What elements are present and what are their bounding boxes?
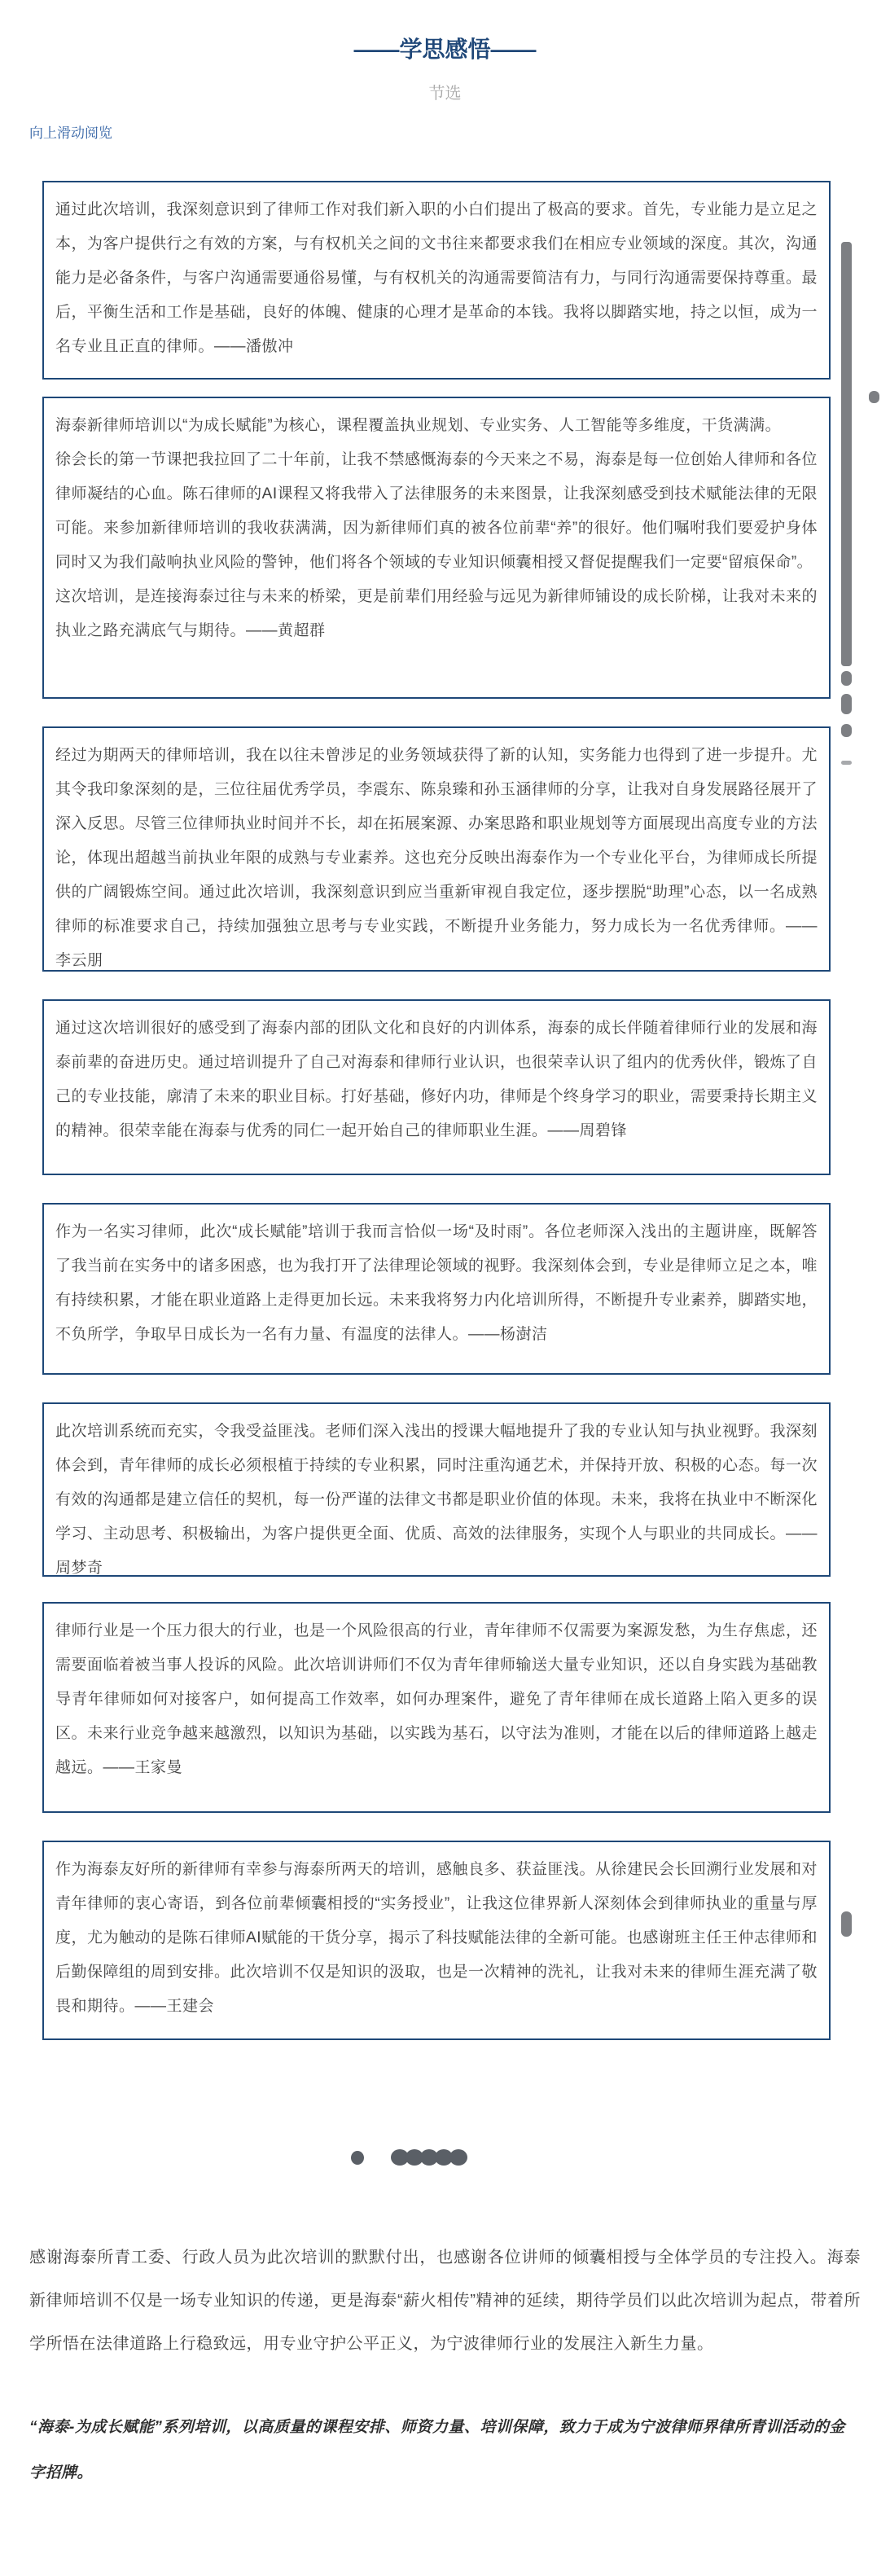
testimonial-paragraph: 海泰新律师培训以“为成长赋能”为核心，课程覆盖执业规划、专业实务、人工智能等多维… <box>55 417 781 434</box>
testimonial-paragraph: 通过这次培训很好的感受到了海泰内部的团队文化和良好的内训体系，海泰的成长伴随着律… <box>55 1020 818 1139</box>
scroll-hint-label: 向上滑动阅览 <box>29 124 890 143</box>
testimonial-box-6[interactable]: 此次培训系统而充实，令我受益匪浅。老师们深入浅出的授课大幅地提升了我的专业认知与… <box>42 1402 831 1577</box>
testimonial-box-4[interactable]: 通过这次培训很好的感受到了海泰内部的团队文化和良好的内训体系，海泰的成长伴随着律… <box>42 999 831 1175</box>
acknowledgement-text: 感谢海泰所青工委、行政人员为此次培训的默默付出，也感谢各位讲师的倾囊相授与全体学… <box>29 2236 861 2366</box>
testimonial-text: 这次培训，是连接海泰过往与未来的桥梁，更是前辈们用经验与远见为新律师铺设的成长阶… <box>55 580 818 648</box>
testimonial-text: 此次培训系统而充实，令我受益匪浅。老师们深入浅出的授课大幅地提升了我的专业认知与… <box>55 1415 818 1577</box>
dot-indicator <box>449 2149 467 2166</box>
dot-indicator <box>351 2151 364 2165</box>
testimonial-author: ——王家曼 <box>103 1759 183 1776</box>
testimonial-paragraph: 此次培训系统而充实，令我受益匪浅。老师们深入浅出的授课大幅地提升了我的专业认知与… <box>55 1423 818 1543</box>
testimonial-paragraph: 通过此次培训，我深刻意识到了律师工作对我们新入职的小白们提出了极高的要求。首先，… <box>55 201 818 355</box>
testimonial-box-8[interactable]: 作为海泰友好所的新律师有幸参与海泰所两天的培训，感触良多、获益匪浅。从徐建民会长… <box>42 1841 831 2040</box>
scrollbar-thumb[interactable] <box>841 761 852 765</box>
testimonial-paragraph: 作为海泰友好所的新律师有幸参与海泰所两天的培训，感触良多、获益匪浅。从徐建民会长… <box>55 1861 818 2015</box>
page-subtitle: 节选 <box>0 83 890 104</box>
testimonial-author: ——潘傲冲 <box>214 338 294 355</box>
scrollbar-thumb[interactable] <box>841 242 852 666</box>
testimonial-text: 经过为期两天的律师培训，我在以往未曾涉足的业务领域获得了新的认知，实务能力也得到… <box>55 739 818 972</box>
scrollbar-thumb[interactable] <box>869 391 879 403</box>
testimonial-text: 海泰新律师培训以“为成长赋能”为核心，课程覆盖执业规划、专业实务、人工智能等多维… <box>55 409 818 443</box>
carousel-dots <box>351 2148 890 2166</box>
testimonial-box-2[interactable]: 海泰新律师培训以“为成长赋能”为核心，课程覆盖执业规划、专业实务、人工智能等多维… <box>42 397 831 699</box>
testimonial-text: 通过这次培训很好的感受到了海泰内部的团队文化和良好的内训体系，海泰的成长伴随着律… <box>55 1012 818 1148</box>
testimonial-author: ——黄超群 <box>246 622 326 639</box>
scrollbar-thumb[interactable] <box>841 1911 852 1937</box>
testimonial-text: 作为海泰友好所的新律师有幸参与海泰所两天的培训，感触良多、获益匪浅。从徐建民会长… <box>55 1853 818 2024</box>
testimonial-text: 律师行业是一个压力很大的行业，也是一个风险很高的行业，青年律师不仅需要为案源发愁… <box>55 1614 818 1785</box>
scrollbar-thumb[interactable] <box>841 671 852 686</box>
testimonial-paragraph: 经过为期两天的律师培训，我在以往未曾涉足的业务领域获得了新的认知，实务能力也得到… <box>55 747 818 935</box>
article-page: { "colors": { "accent_navy": "#1e4878", … <box>0 0 890 2576</box>
scrollbar-thumb[interactable] <box>841 724 852 737</box>
testimonial-box-3[interactable]: 经过为期两天的律师培训，我在以往未曾涉足的业务领域获得了新的认知，实务能力也得到… <box>42 726 831 972</box>
testimonial-author: ——周碧锋 <box>548 1122 628 1139</box>
testimonial-paragraph: 律师行业是一个压力很大的行业，也是一个风险很高的行业，青年律师不仅需要为案源发愁… <box>55 1622 818 1776</box>
testimonial-text: 通过此次培训，我深刻意识到了律师工作对我们新入职的小白们提出了极高的要求。首先，… <box>55 193 818 364</box>
testimonial-author: ——杨澍洁 <box>468 1326 548 1343</box>
testimonial-text: 作为一名实习律师，此次“成长赋能”培训于我而言恰似一场“及时雨”。各位老师深入浅… <box>55 1215 818 1352</box>
testimonial-author: ——王建会 <box>135 1998 215 2015</box>
testimonial-text: 徐会长的第一节课把我拉回了二十年前，让我不禁感慨海泰的今天来之不易，海泰是每一位… <box>55 443 818 580</box>
testimonial-box-1[interactable]: 通过此次培训，我深刻意识到了律师工作对我们新入职的小白们提出了极高的要求。首先，… <box>42 181 831 380</box>
testimonial-paragraph: 作为一名实习律师，此次“成长赋能”培训于我而言恰似一场“及时雨”。各位老师深入浅… <box>55 1223 818 1343</box>
scrollbar-thumb[interactable] <box>841 694 852 714</box>
slogan-text: “海泰-为成长赋能”系列培训，以高质量的课程安排、师资力量、培训保障，致力于成为… <box>29 2405 861 2533</box>
page-title: ——学思感悟—— <box>0 0 890 64</box>
testimonial-paragraph: 这次培训，是连接海泰过往与未来的桥梁，更是前辈们用经验与远见为新律师铺设的成长阶… <box>55 588 818 639</box>
testimonial-paragraph: 徐会长的第一节课把我拉回了二十年前，让我不禁感慨海泰的今天来之不易，海泰是每一位… <box>55 451 818 571</box>
testimonial-box-7[interactable]: 律师行业是一个压力很大的行业，也是一个风险很高的行业，青年律师不仅需要为案源发愁… <box>42 1602 831 1813</box>
testimonial-box-5[interactable]: 作为一名实习律师，此次“成长赋能”培训于我而言恰似一场“及时雨”。各位老师深入浅… <box>42 1203 831 1375</box>
